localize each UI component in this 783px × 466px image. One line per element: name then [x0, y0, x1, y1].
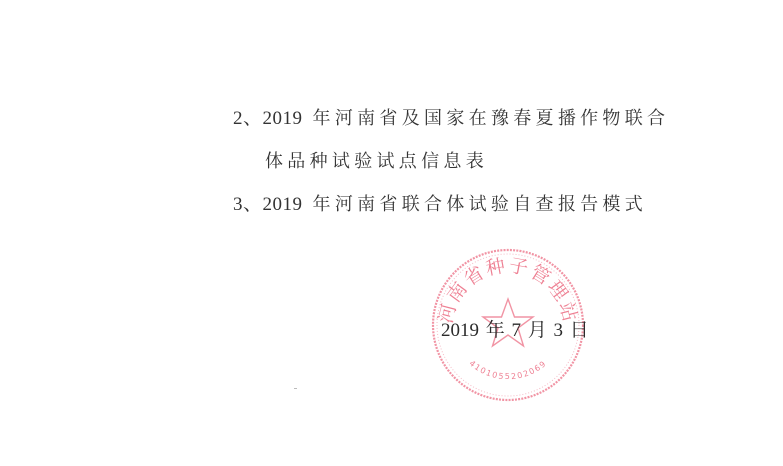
attachment-2-title-part2: 体品种试验试点信息表	[265, 151, 488, 172]
attachment-2-year: 2019	[263, 108, 303, 129]
attachment-3-title: 年河南省联合体试验自查报告模式	[303, 194, 648, 215]
seal-organization-text: 河南省种子管理站	[435, 254, 582, 325]
seal-code-text: 4101055202069	[468, 359, 549, 382]
svg-text:河南省种子管理站: 河南省种子管理站	[435, 254, 582, 325]
scan-speck	[294, 388, 297, 389]
attachment-3-line: 3、2019 年河南省联合体试验自查报告模式	[233, 194, 647, 216]
attachment-3-index: 3、	[233, 194, 263, 215]
attachment-3-year: 2019	[263, 194, 303, 215]
attachment-2-index: 2、	[233, 108, 263, 129]
attachment-2-line-2: 体品种试验试点信息表	[265, 151, 488, 173]
attachment-2-title-part1: 年河南省及国家在豫春夏播作物联合	[303, 108, 670, 129]
svg-text:4101055202069: 4101055202069	[468, 359, 549, 382]
attachment-2-line-1: 2、2019 年河南省及国家在豫春夏播作物联合	[233, 108, 669, 130]
document-date: 2019 年 7 月 3 日	[441, 320, 589, 342]
